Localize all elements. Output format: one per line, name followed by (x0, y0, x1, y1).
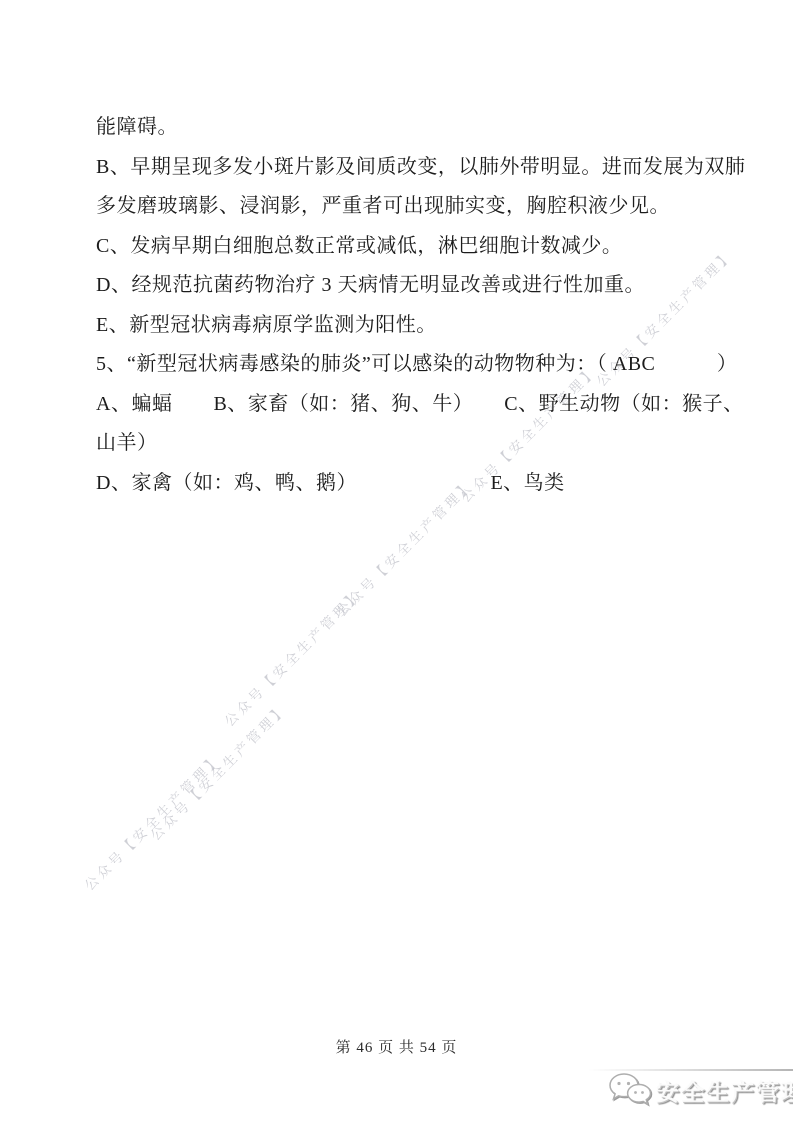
watermark: 公众号【安全生产管理】 (145, 698, 291, 844)
wechat-chat-bubbles-icon (608, 1072, 652, 1108)
document-line-option-b-cont: 多发磨玻璃影、浸润影，严重者可出现肺实变，胸腔积液少见。 (96, 187, 736, 227)
document-line-option-d: D、经规范抗菌药物治疗 3 天病情无明显改善或进行性加重。 (96, 266, 736, 306)
brand-divider-line (588, 1069, 793, 1071)
brand-logo: 安全生产管理 (608, 1072, 793, 1108)
watermark: 公众号【安全生产管理】 (79, 748, 225, 894)
document-page: 公众号【安全生产管理】 公众号【安全生产管理】 公众号【安全生产管理】 公众号【… (0, 0, 793, 1122)
document-line-q5-options-cont: 山羊） (96, 424, 736, 464)
document-line-q5-options-de: D、家禽（如：鸡、鸭、鹅） E、鸟类 (96, 464, 736, 504)
document-line-q5-options-abc: A、蝙蝠 B、家畜（如：猪、狗、牛） C、野生动物（如：猴子、 (96, 385, 736, 425)
document-line-option-e: E、新型冠状病毒病原学监测为阳性。 (96, 306, 736, 346)
watermark: 公众号【安全生产管理】 (219, 584, 365, 730)
document-line-question-5: 5、“新型冠状病毒感染的肺炎”可以感染的动物物种为：（ ABC ） (96, 345, 736, 385)
document-line-option-c: C、发病早期白细胞总数正常或减低，淋巴细胞计数减少。 (96, 227, 736, 267)
document-body: 能障碍。 B、早期呈现多发小斑片影及间质改变，以肺外带明显。进而发展为双肺 多发… (96, 108, 736, 503)
document-line-option-b: B、早期呈现多发小斑片影及间质改变，以肺外带明显。进而发展为双肺 (96, 148, 736, 188)
page-number-indicator: 第 46 页 共 54 页 (0, 1036, 793, 1057)
document-line: 能障碍。 (96, 108, 736, 148)
brand-name: 安全生产管理 (656, 1074, 793, 1107)
